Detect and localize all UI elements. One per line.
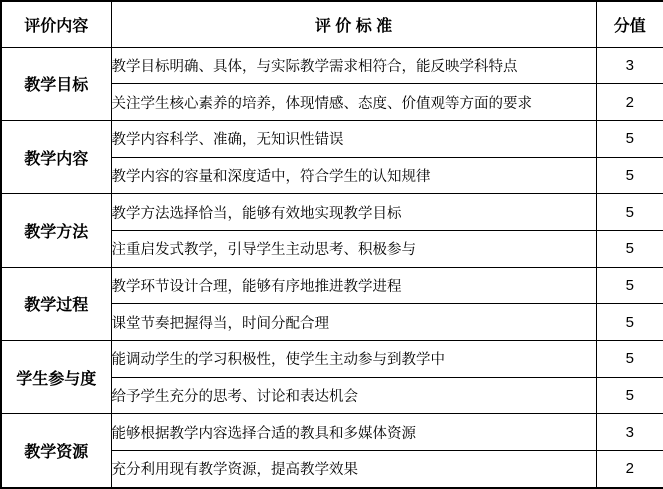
score-cell: 5	[596, 120, 663, 157]
score-cell: 3	[596, 414, 663, 451]
score-cell: 5	[596, 157, 663, 194]
score-cell: 5	[596, 267, 663, 304]
score-cell: 2	[596, 84, 663, 121]
score-cell: 3	[596, 47, 663, 84]
category-cell-teaching-goals: 教学目标	[1, 47, 111, 120]
header-evaluation-content: 评价内容	[1, 1, 111, 47]
score-cell: 5	[596, 340, 663, 377]
criteria-cell: 教学环节设计合理，能够有序地推进教学进程	[111, 267, 596, 304]
score-cell: 5	[596, 304, 663, 341]
table-row: 教学过程 教学环节设计合理，能够有序地推进教学进程 5	[1, 267, 663, 304]
criteria-cell: 教学方法选择恰当，能够有效地实现教学目标	[111, 194, 596, 231]
table-header-row: 评价内容 评 价 标 准 分值	[1, 1, 663, 47]
criteria-cell: 关注学生核心素养的培养，体现情感、态度、价值观等方面的要求	[111, 84, 596, 121]
criteria-cell: 教学内容的容量和深度适中，符合学生的认知规律	[111, 157, 596, 194]
category-cell-teaching-process: 教学过程	[1, 267, 111, 340]
document-page: 评价内容 评 价 标 准 分值 教学目标 教学目标明确、具体，与实际教学需求相符…	[0, 0, 663, 489]
score-cell: 5	[596, 377, 663, 414]
criteria-cell: 能够根据教学内容选择合适的教具和多媒体资源	[111, 414, 596, 451]
table-row: 教学内容 教学内容科学、准确，无知识性错误 5	[1, 120, 663, 157]
score-cell: 5	[596, 230, 663, 267]
table-row: 教学目标 教学目标明确、具体，与实际教学需求相符合，能反映学科特点 3	[1, 47, 663, 84]
table-row: 学生参与度 能调动学生的学习积极性，使学生主动参与到教学中 5	[1, 340, 663, 377]
category-cell-teaching-resources: 教学资源	[1, 414, 111, 488]
header-score: 分值	[596, 1, 663, 47]
evaluation-table: 评价内容 评 价 标 准 分值 教学目标 教学目标明确、具体，与实际教学需求相符…	[0, 0, 663, 489]
criteria-cell: 给予学生充分的思考、讨论和表达机会	[111, 377, 596, 414]
criteria-cell: 教学目标明确、具体，与实际教学需求相符合，能反映学科特点	[111, 47, 596, 84]
criteria-cell: 课堂节奏把握得当，时间分配合理	[111, 304, 596, 341]
category-cell-student-participation: 学生参与度	[1, 340, 111, 413]
header-evaluation-standard: 评 价 标 准	[111, 1, 596, 47]
criteria-cell: 注重启发式教学，引导学生主动思考、积极参与	[111, 230, 596, 267]
table-row: 教学资源 能够根据教学内容选择合适的教具和多媒体资源 3	[1, 414, 663, 451]
category-cell-teaching-methods: 教学方法	[1, 194, 111, 267]
table-row: 教学方法 教学方法选择恰当，能够有效地实现教学目标 5	[1, 194, 663, 231]
criteria-cell: 充分利用现有教学资源，提高教学效果	[111, 450, 596, 488]
criteria-cell: 教学内容科学、准确，无知识性错误	[111, 120, 596, 157]
criteria-cell: 能调动学生的学习积极性，使学生主动参与到教学中	[111, 340, 596, 377]
category-cell-teaching-content: 教学内容	[1, 120, 111, 193]
score-cell: 5	[596, 194, 663, 231]
score-cell: 2	[596, 450, 663, 488]
